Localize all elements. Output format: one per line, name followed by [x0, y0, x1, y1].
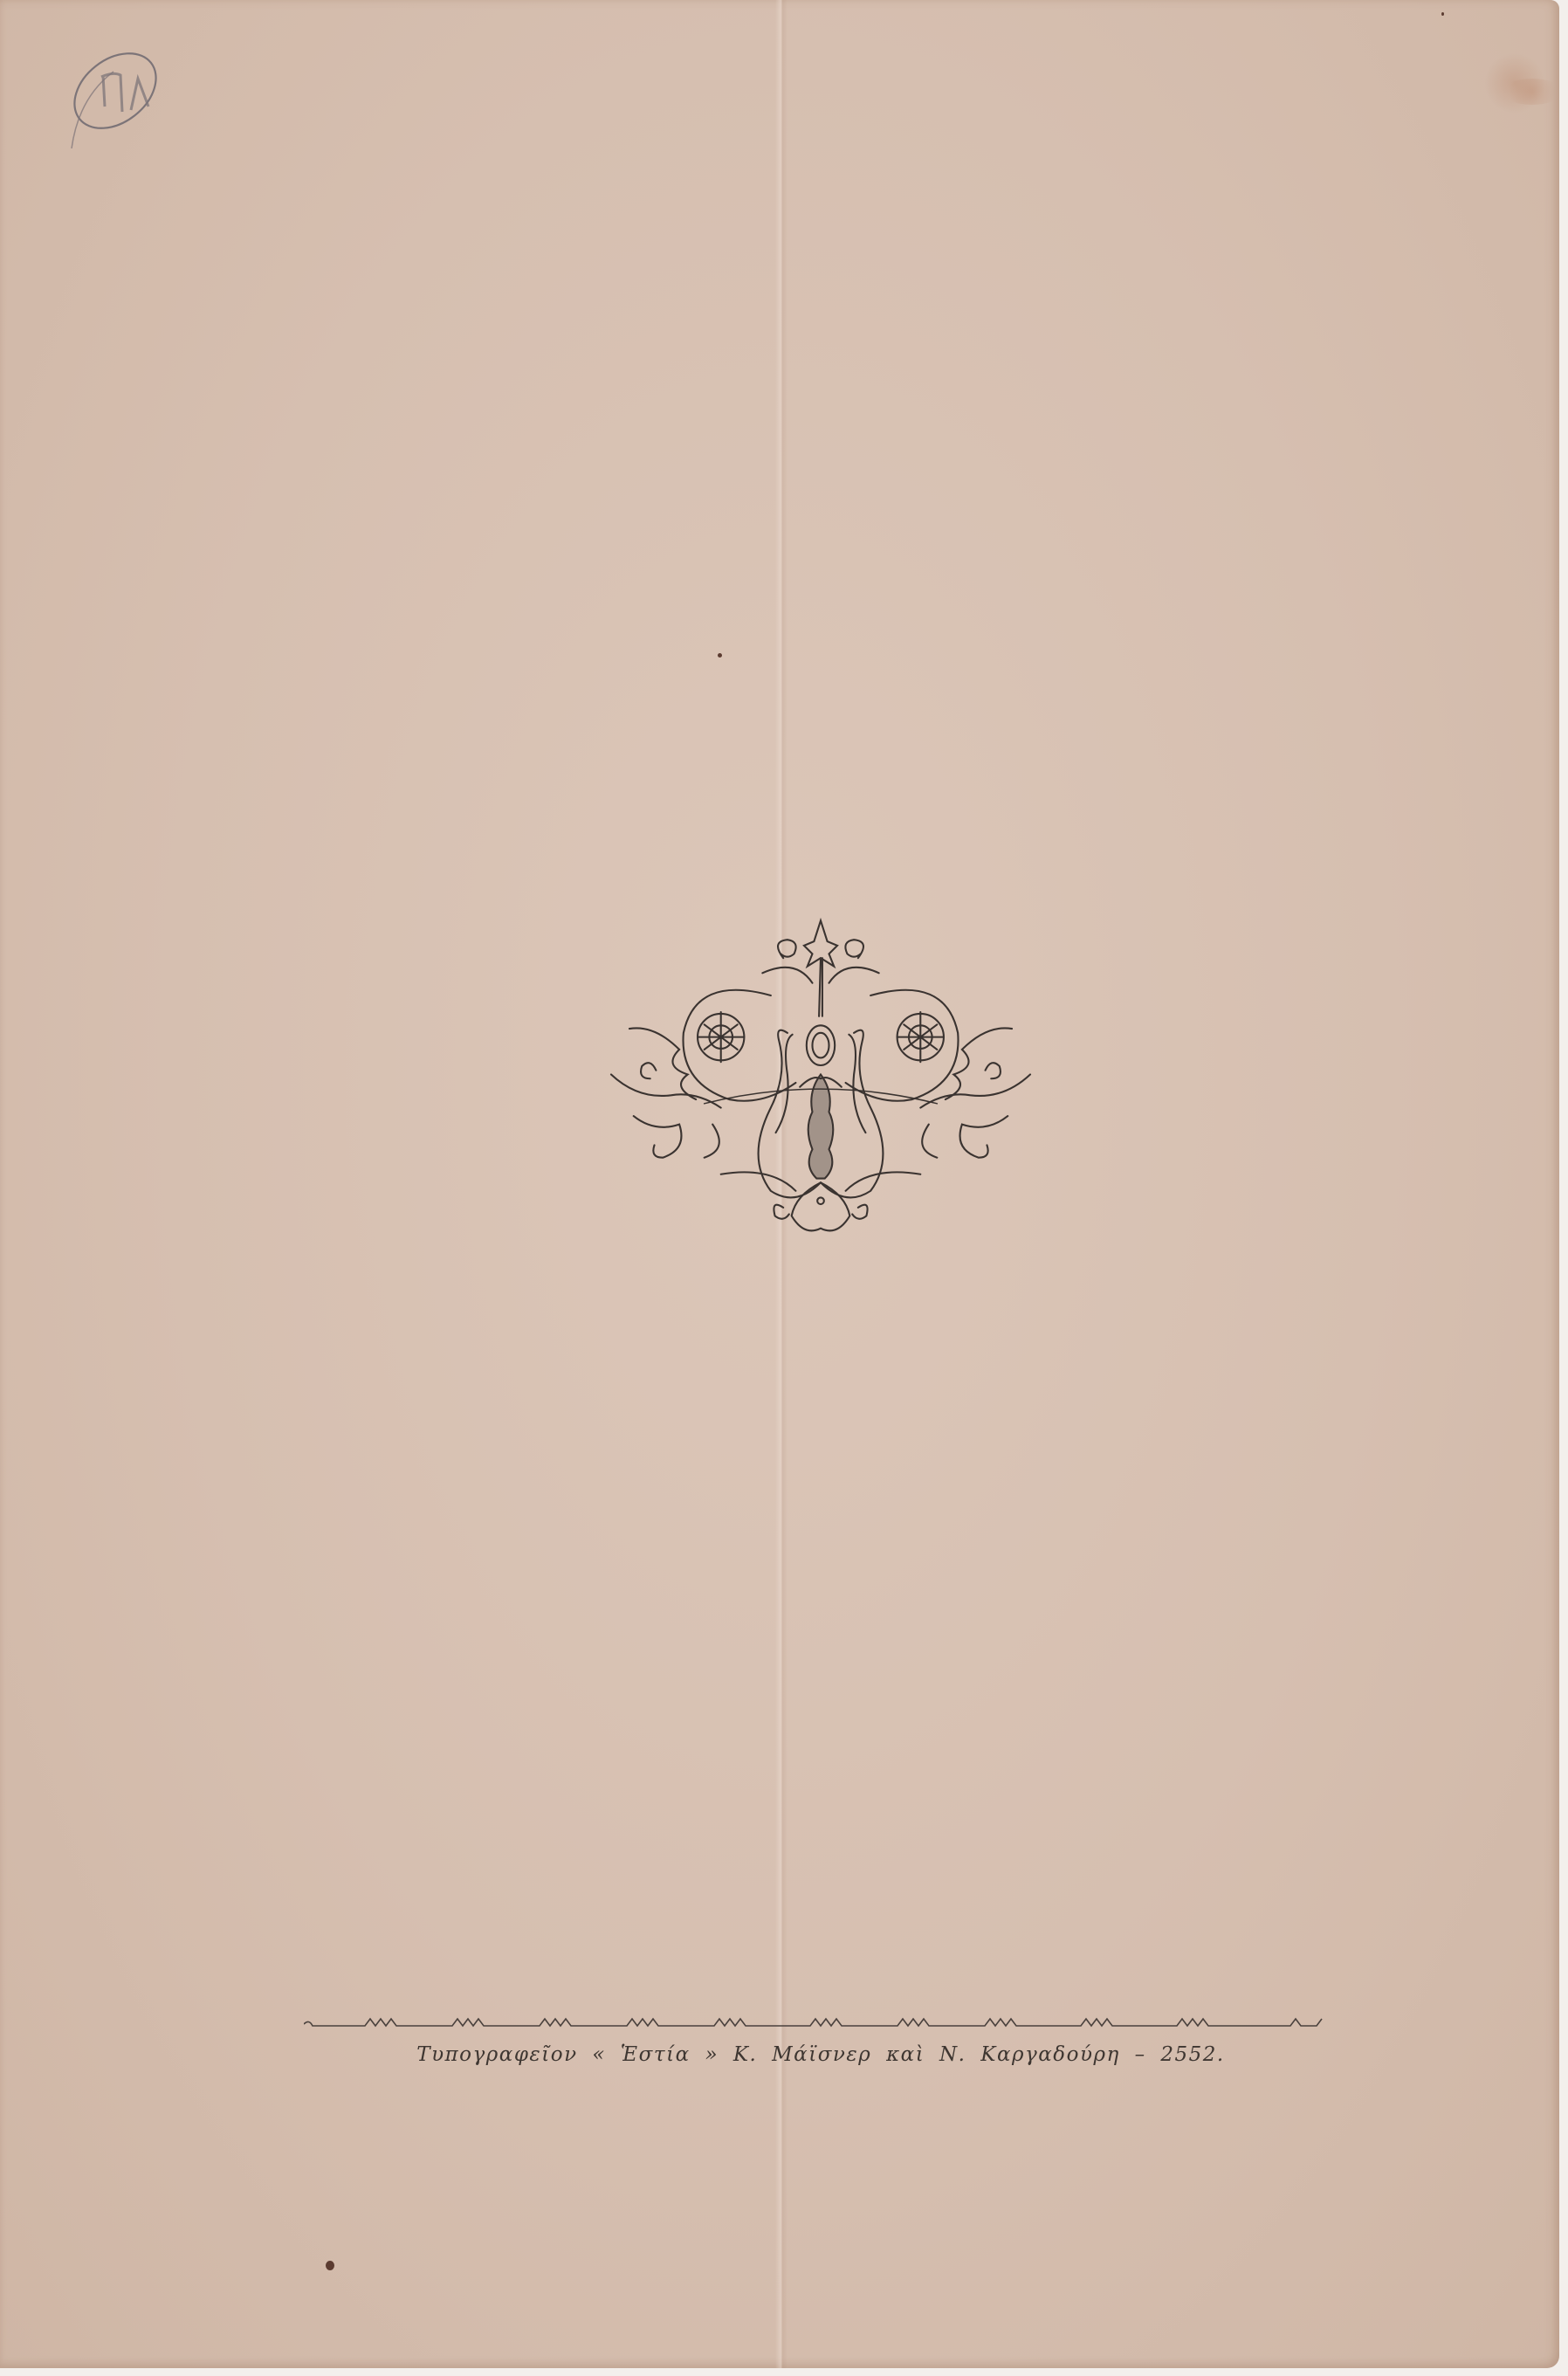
speck [718, 653, 722, 658]
pencil-annotation [61, 37, 166, 148]
floral-ornament-icon [602, 908, 1039, 1257]
stain [1502, 79, 1563, 105]
zigzag-rule [304, 2015, 1325, 2031]
printer-imprint: Τυπογραφεῖον « Ἑστία » Κ. Μάϊσνερ καὶ Ν.… [297, 2043, 1344, 2066]
speck [326, 2261, 334, 2270]
document-page: ΠΛ [0, 0, 1559, 2368]
speck [1441, 12, 1444, 16]
